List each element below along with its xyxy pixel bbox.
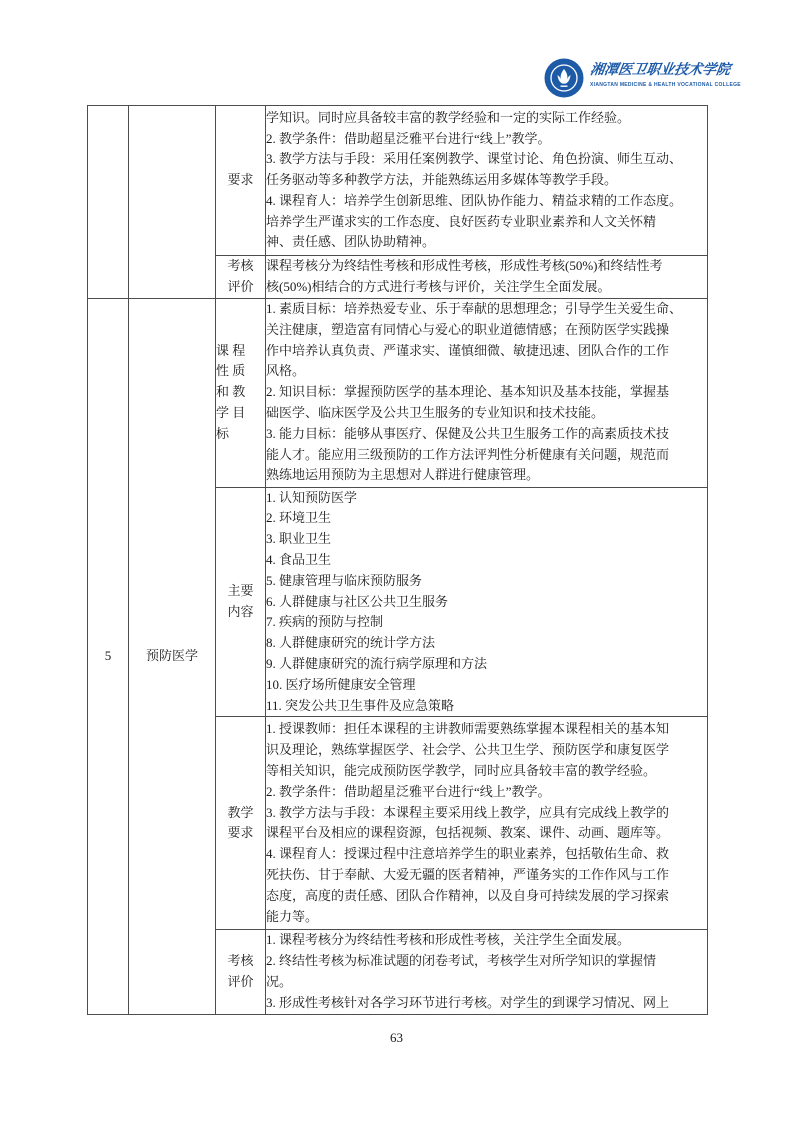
carryover-course-cell xyxy=(129,106,216,299)
college-emblem-icon xyxy=(544,58,584,98)
course-name: 预防医学 xyxy=(129,298,216,1014)
college-name-en: XIANGTAN MEDICINE & HEALTH VOCATIONAL CO… xyxy=(590,82,741,88)
row-label-teaching-requirements: 教学 要求 xyxy=(216,717,266,930)
document-page: 湘潭医卫职业技术学院 XIANGTAN MEDICINE & HEALTH VO… xyxy=(0,0,793,1122)
course-assessment-content: 1. 课程考核分为终结性考核和形成性考核，关注学生全面发展。 2. 终结性考核为… xyxy=(266,930,708,1014)
row-label-requirements: 要求 xyxy=(216,106,266,256)
college-logo: 湘潭医卫职业技术学院 XIANGTAN MEDICINE & HEALTH VO… xyxy=(544,58,741,98)
main-content-list: 1. 认知预防医学 2. 环境卫生 3. 职业卫生 4. 食品卫生 5. 健康管… xyxy=(266,487,708,717)
course-syllabus-table: 要求 学知识。同时应具备较丰富的教学经验和一定的实际工作经验。 2. 教学条件：… xyxy=(87,105,708,1015)
course-index: 5 xyxy=(88,298,129,1014)
requirements-content: 学知识。同时应具备较丰富的教学经验和一定的实际工作经验。 2. 教学条件：借助超… xyxy=(266,106,708,256)
row-label-assessment: 考核 评价 xyxy=(216,256,266,299)
row-label-course-nature: 课 程 性 质 和 教 学 目 标 xyxy=(216,298,266,487)
course-nature-content: 1. 素质目标：培养热爱专业、乐于奉献的思想理念；引导学生关爱生命、 关注健康，… xyxy=(266,298,708,487)
assessment-content: 课程考核分为终结性考核和形成性考核，形成性考核(50%)和终结性考 核(50%)… xyxy=(266,256,708,299)
college-name-zh: 湘潭医卫职业技术学院 xyxy=(589,62,742,80)
course-nature-row: 5 预防医学 课 程 性 质 和 教 学 目 标 1. 素质目标：培养热爱专业、… xyxy=(88,298,708,487)
page-number: 63 xyxy=(0,1030,793,1046)
row-label-main-content: 主要 内容 xyxy=(216,487,266,717)
carryover-index-cell xyxy=(88,106,129,299)
carryover-requirements-row: 要求 学知识。同时应具备较丰富的教学经验和一定的实际工作经验。 2. 教学条件：… xyxy=(88,106,708,256)
college-name-block: 湘潭医卫职业技术学院 XIANGTAN MEDICINE & HEALTH VO… xyxy=(590,58,741,88)
row-label-course-assessment: 考核 评价 xyxy=(216,930,266,1014)
teaching-requirements-content: 1. 授课教师：担任本课程的主讲教师需要熟练掌握本课程相关的基本知 识及理论，熟… xyxy=(266,717,708,930)
